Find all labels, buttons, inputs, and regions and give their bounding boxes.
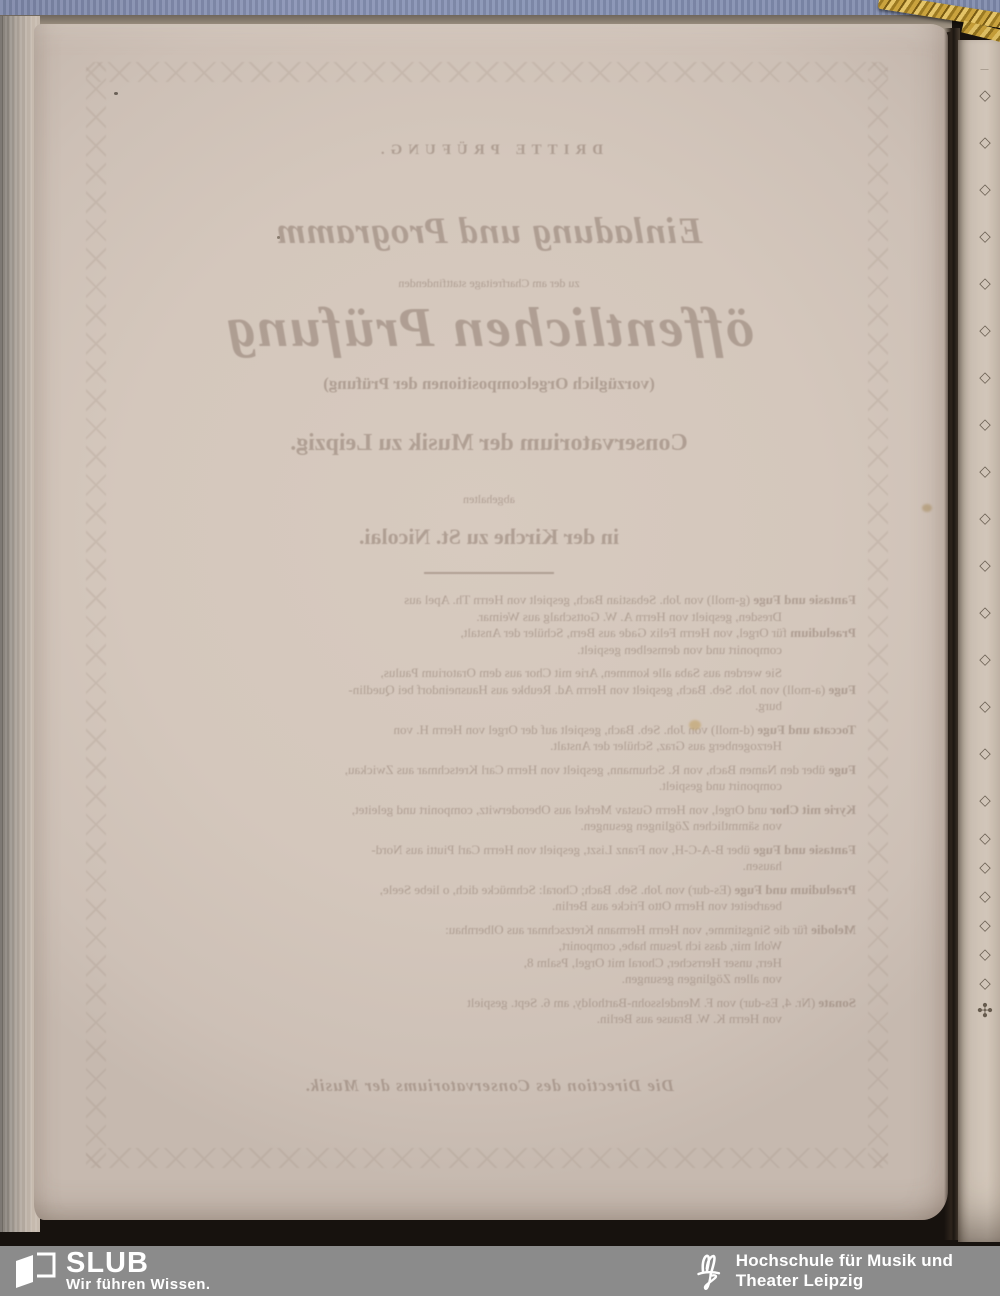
ghost-program-lead: Fuge bbox=[825, 682, 856, 697]
edge-text-marks: — bbox=[974, 64, 996, 73]
ghost-program-line: Fuge (a-moll) von Joh. Seb. Bach, gespie… bbox=[122, 682, 856, 699]
page-edge-ornament-icon: ◇ bbox=[974, 684, 996, 731]
ghost-program-line: componirt und gespielt. bbox=[122, 778, 856, 795]
ghost-program-lead: Kyrie mit Chor bbox=[767, 802, 856, 817]
slub-tagline: Wir führen Wissen. bbox=[66, 1277, 211, 1293]
page-edge-ornament-icon: ◇ bbox=[974, 825, 996, 854]
page-edge-ornament-icon: ◇ bbox=[974, 167, 996, 214]
ghost-small-line2: abgehalten bbox=[120, 492, 858, 507]
ghost-program-lead: Praeludium bbox=[787, 625, 856, 640]
ghost-program-line: Sie werden aus Saba alle kommen, Arie mi… bbox=[122, 665, 856, 682]
ghost-program-line: componirt und von demselben gespielt. bbox=[122, 642, 856, 659]
page-edge-ornament-icon: ◇ bbox=[974, 449, 996, 496]
ghost-program-line: Praeludium und Fuge (Es-dur) von Joh. Se… bbox=[122, 882, 856, 899]
ghost-program-lead: Fantasie und Fuge bbox=[750, 592, 856, 607]
ghost-program-lead: Fuge bbox=[825, 762, 856, 777]
ghost-kicker: DRITTE PRÜFUNG. bbox=[120, 142, 858, 159]
page-edge-ornament-icon: ◇ bbox=[974, 970, 996, 999]
book-scan: DRITTE PRÜFUNG. Einladung und Programm z… bbox=[0, 0, 1000, 1296]
ghost-border-left bbox=[868, 62, 888, 1168]
page-edge-ornament-icon: ◇ bbox=[974, 308, 996, 355]
ghost-program-lead: Sonate bbox=[815, 995, 856, 1010]
page-edge-ornament-icon: ◇ bbox=[974, 590, 996, 637]
ghost-divider bbox=[424, 572, 554, 574]
paper-speck bbox=[114, 92, 118, 95]
page-edge-ornament-icon: ◇ bbox=[974, 355, 996, 402]
ghost-closing-line: Die Direction des Conservatoriums der Mu… bbox=[120, 1076, 858, 1096]
paper-stain bbox=[922, 504, 932, 512]
page-edge-ornament-icon: ◇ bbox=[974, 854, 996, 883]
ghost-title-line1: Einladung und Programm bbox=[120, 210, 858, 253]
ghost-program-line: von sämmtlichen Zöglingen gesungen. bbox=[122, 818, 856, 835]
ghost-program-line: Herzogenberg aus Graz, Schüler der Ansta… bbox=[122, 738, 856, 755]
ghost-program-line: Kyrie mit Chor und Orgel, von Herrn Gust… bbox=[122, 802, 856, 819]
paper-stain bbox=[689, 720, 701, 730]
ghost-location: in der Kirche zu St. Nicolai. bbox=[120, 524, 858, 550]
ghost-program-line: Dresden, gespielt von Herrn A. W. Gottsc… bbox=[122, 609, 856, 626]
page-edge-ornament-icon: ◇ bbox=[974, 941, 996, 970]
ghost-program-list: Fantasie und Fuge (g-moll) von Joh. Seba… bbox=[122, 592, 856, 1028]
slub-logo: SLUB Wir führen Wissen. bbox=[14, 1249, 211, 1293]
page-edge-ornament-icon: ◇ bbox=[974, 402, 996, 449]
ghost-institution: Conservatorium der Musik zu Leipzig. bbox=[120, 430, 858, 457]
ghost-program-line: Herr, unser Herrscher, Choral mit Orgel,… bbox=[122, 955, 856, 972]
slub-text: SLUB Wir führen Wissen. bbox=[66, 1249, 211, 1293]
ghost-program-line: hausen. bbox=[122, 858, 856, 875]
ghost-program-line: Fuge über den Namen Bach, von R. Schuman… bbox=[122, 762, 856, 779]
page-edge-ornament-icon: ◇ bbox=[974, 731, 996, 778]
page-edge-ornament-icon: ◇ bbox=[974, 778, 996, 825]
hmt-monogram-icon bbox=[694, 1246, 726, 1296]
ghost-program-line: von Herrn K. W. Brause aus Berlin. bbox=[122, 1011, 856, 1028]
ghost-program-lead: Praeludium und Fuge bbox=[731, 882, 856, 897]
page-edge-ornament-icon: ◇ bbox=[974, 496, 996, 543]
page-edge-ornament-icon: ◇ bbox=[974, 261, 996, 308]
ghost-program-line: Sonate (Nr. 4, Es-dur) von F. Mendelssoh… bbox=[122, 995, 856, 1012]
page-edge-ornament-icon: ◇ bbox=[974, 214, 996, 261]
scanned-page: DRITTE PRÜFUNG. Einladung und Programm z… bbox=[34, 24, 948, 1220]
ghost-program-line: bearbeitet von Herrn Otto Fricke aus Ber… bbox=[122, 898, 856, 915]
page-edge-ornament-icon: ◇ bbox=[974, 543, 996, 590]
ghost-program-line: Praeludium für Orgel, von Herrn Felix Ga… bbox=[122, 625, 856, 642]
page-edge-ornaments: —◇◇◇◇◇◇◇◇◇◇◇◇◇◇◇◇◇◇◇◇◇◇✣ bbox=[974, 64, 996, 1025]
paper-speck bbox=[277, 236, 280, 239]
ghost-program-line: Melodie für die Singstimme, von Herrn He… bbox=[122, 922, 856, 939]
page-edge-ornament-icon: ◇ bbox=[974, 637, 996, 684]
ghost-title-line2: öffentlichen Prüfung bbox=[120, 296, 858, 360]
fore-edge-pages: —◇◇◇◇◇◇◇◇◇◇◇◇◇◇◇◇◇◇◇◇◇◇✣ bbox=[958, 40, 1000, 1242]
bleed-through-layer: DRITTE PRÜFUNG. Einladung und Programm z… bbox=[34, 24, 948, 1220]
page-edge-ornament-icon: ◇ bbox=[974, 73, 996, 120]
ghost-program-lead: Toccata und Fuge bbox=[754, 722, 856, 737]
ghost-small-line1: zu der am Charfreitage stattfindenden bbox=[120, 276, 858, 291]
ghost-program-lead: Fantasie und Fuge bbox=[750, 842, 856, 857]
page-edge-ornament-icon: ◇ bbox=[974, 120, 996, 167]
ghost-program-line: Toccata und Fuge (d-moll) von Joh. Seb. … bbox=[122, 722, 856, 739]
ghost-program-line: burg. bbox=[122, 698, 856, 715]
slub-book-icon bbox=[14, 1252, 58, 1288]
ghost-text: DRITTE PRÜFUNG. Einladung und Programm z… bbox=[120, 24, 858, 1220]
page-edge-ornament-icon: ◇ bbox=[974, 912, 996, 941]
ghost-program-line: Fantasie und Fuge (g-moll) von Joh. Seba… bbox=[122, 592, 856, 609]
ghost-bracket-line: (vorzüglich Orgelcompositionen der Prüfu… bbox=[120, 374, 858, 394]
ghost-program-line: Wohl mir, dass ich Jesum habe, componirt… bbox=[122, 938, 856, 955]
ghost-program-lead: Melodie bbox=[808, 922, 856, 937]
ghost-program-line: von allen Zöglingen gesungen. bbox=[122, 971, 856, 988]
slub-name: SLUB bbox=[66, 1249, 211, 1277]
hmt-logo: Hochschule für Musik und Theater Leipzig bbox=[694, 1246, 1000, 1296]
digitization-footer: SLUB Wir führen Wissen. Hochschule für M… bbox=[0, 1246, 1000, 1296]
ghost-border-right bbox=[86, 62, 106, 1168]
page-edge-corner-ornament-icon: ✣ bbox=[974, 999, 996, 1025]
ghost-program-line: Fantasie und Fuge über B-A-C-H, von Fran… bbox=[122, 842, 856, 859]
hmt-name: Hochschule für Musik und Theater Leipzig bbox=[736, 1251, 1000, 1291]
page-edge-ornament-icon: ◇ bbox=[974, 883, 996, 912]
